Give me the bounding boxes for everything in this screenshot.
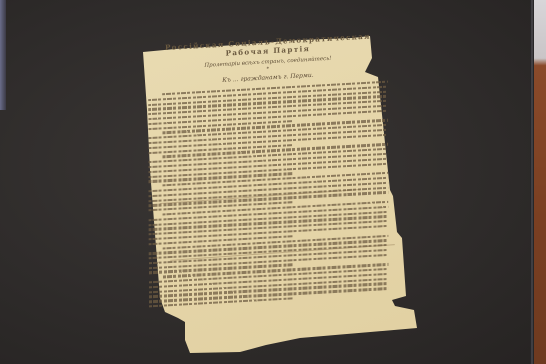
leaflet-text: Россійская Соціалъ-Демократическая Рабоч… [148,31,389,345]
leaflet: Россійская Соціалъ-Демократическая Рабоч… [0,0,546,364]
body-text [148,81,388,308]
